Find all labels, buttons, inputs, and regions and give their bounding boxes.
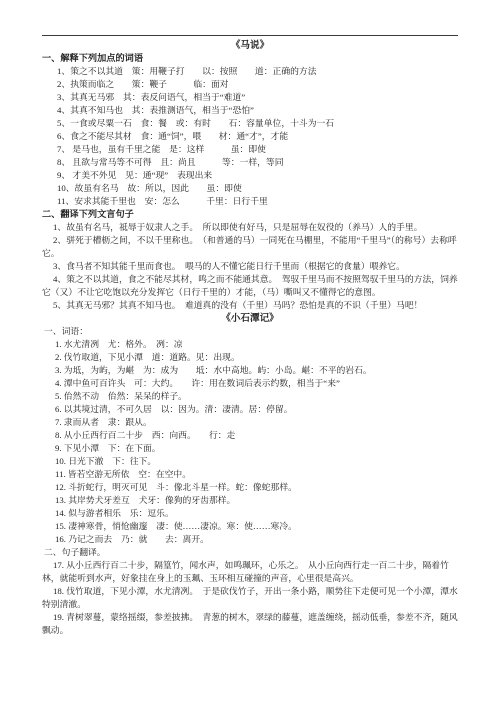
doc2-translation-list: 17. 从小丘西行百二十步，隔篁竹，闻水声，如鸣珮环，心乐之。 从小丘向西行走一…	[42, 559, 458, 637]
translation-item: 4、策之不以其道，食之不能尽其材，鸣之而不能通其意。 驾驭千里马而不按照驾驭千里…	[42, 273, 458, 299]
word-item: 9. 下见小潭 下：在下面。	[42, 442, 458, 455]
word-item: 12. 斗折蛇行，明灭可见 斗：像北斗星一样。蛇：像蛇那样。	[42, 481, 458, 494]
word-item: 7、 是马也，虽有千里之能 是：这样 虽：即使	[42, 143, 458, 156]
word-item: 5、一食或尽粟一石 食：餐 或：有时 石：容量单位，十斗为一石	[42, 117, 458, 130]
doc2-word-list: 1. 水尤清冽 尤：格外。 冽：凉2. 伐竹取道，下见小潭 道：道路。见：出现。…	[42, 338, 458, 546]
translation-item: 3、食马者不知其能千里而食也。 喂马的人不懂它能日行千里而（根据它的食量）喂养它…	[42, 260, 458, 273]
page-body: { "ma_shuo": { "title": "《马说》", "words_h…	[0, 0, 500, 707]
word-item: 2、执策而临之 策：鞭子 临：面对	[42, 78, 458, 91]
word-item: 1. 水尤清冽 尤：格外。 冽：凉	[42, 338, 458, 351]
doc2-words-heading: 一、词语：	[42, 325, 458, 338]
word-item: 11. 皆若空游无所依 空：在空中。	[42, 468, 458, 481]
doc1-word-list: 1、策之不以其道 策：用鞭子打 以：按照 道：正确的方法2、执策而临之 策：鞭子…	[42, 65, 458, 208]
translation-item: 1、故虽有名马，祗辱于奴隶人之手。 所以即使有好马，只是屈辱在奴役的（养马）人的…	[42, 221, 458, 234]
word-item: 2. 伐竹取道，下见小潭 道：道路。见：出现。	[42, 351, 458, 364]
doc1-words-heading: 一、解释下列加点的词语	[42, 52, 458, 65]
word-item: 13. 其岸势犬牙差互 犬牙：像狗的牙齿那样。	[42, 494, 458, 507]
word-item: 1、策之不以其道 策：用鞭子打 以：按照 道：正确的方法	[42, 65, 458, 78]
word-item: 4. 潭中鱼可百许头 可：大约。 许：用在数词后表示约数，相当于“来”	[42, 377, 458, 390]
word-item: 14. 似与游者相乐 乐：逗乐。	[42, 507, 458, 520]
doc1-translation-list: 1、故虽有名马，祗辱于奴隶人之手。 所以即使有好马，只是屈辱在奴役的（养马）人的…	[42, 221, 458, 312]
word-item: 15. 凄神寒骨，悄怆幽邃 凄：使……凄凉。寒：使……寒冷。	[42, 520, 458, 533]
translation-item: 18. 伐竹取道，下见小潭，水尤清冽。 于是砍伐竹子，开出一条小路，顺势往下走便…	[42, 585, 458, 611]
header-rule	[42, 35, 458, 36]
doc1-title: 《马说》	[42, 39, 458, 52]
word-item: 3、其真无马邪 其：表反问语气，相当于“难道”	[42, 91, 458, 104]
doc2-title: 《小石潭记》	[42, 312, 458, 325]
word-item: 8. 从小丘西行百二十步 西：向西。 行：走	[42, 429, 458, 442]
doc2-translation-heading: 二、句子翻译。	[42, 546, 458, 559]
translation-item: 5、其真无马邪？其真不知马也。 难道真的没有（千里）马吗？恐怕是真的不识（千里）…	[42, 299, 458, 312]
word-item: 16. 乃记之而去 乃：就 去：离开。	[42, 533, 458, 546]
word-item: 8、 且欲与常马等不可得 且：尚且 等：一样，等同	[42, 156, 458, 169]
word-item: 10. 日光下澈 下：往下。	[42, 455, 458, 468]
translation-item: 2、骈死于槽枥之间，不以千里称也。 （和普通的马）一同死在马棚里，不能用“千里马…	[42, 234, 458, 260]
word-item: 7. 隶而从者 隶：跟从。	[42, 416, 458, 429]
word-item: 9、 才美不外见 见：通“现” 表现出来	[42, 169, 458, 182]
document-page: 《马说》 一、解释下列加点的词语 1、策之不以其道 策：用鞭子打 以：按照 道：…	[0, 0, 500, 637]
translation-item: 19. 青树翠蔓，蒙络摇缀，参差披拂。 青葱的树木，翠绿的藤蔓，遮盖缠绕，摇动低…	[42, 611, 458, 637]
word-item: 6、食之不能尽其材 食：通“饲”，喂 材：通“才”，才能	[42, 130, 458, 143]
word-item: 6. 以其境过清，不可久居 以：因为。清：凄清。居：停留。	[42, 403, 458, 416]
word-item: 3. 为坻，为屿，为嵁 为：成为 坻：水中高地。屿：小岛。嵁：不平的岩石。	[42, 364, 458, 377]
word-item: 5. 佁然不动 佁然：呆呆的样子。	[42, 390, 458, 403]
word-item: 4、其真不知马也 其：表推测语气，相当于“恐怕”	[42, 104, 458, 117]
doc1-translation-heading: 二、翻译下列文言句子	[42, 208, 458, 221]
translation-item: 17. 从小丘西行百二十步，隔篁竹，闻水声，如鸣珮环，心乐之。 从小丘向西行走一…	[42, 559, 458, 585]
word-item: 11、安求其能千里也 安：怎么 千里：日行千里	[42, 195, 458, 208]
word-item: 10、故虽有名马 故：所以，因此 虽：即使	[42, 182, 458, 195]
